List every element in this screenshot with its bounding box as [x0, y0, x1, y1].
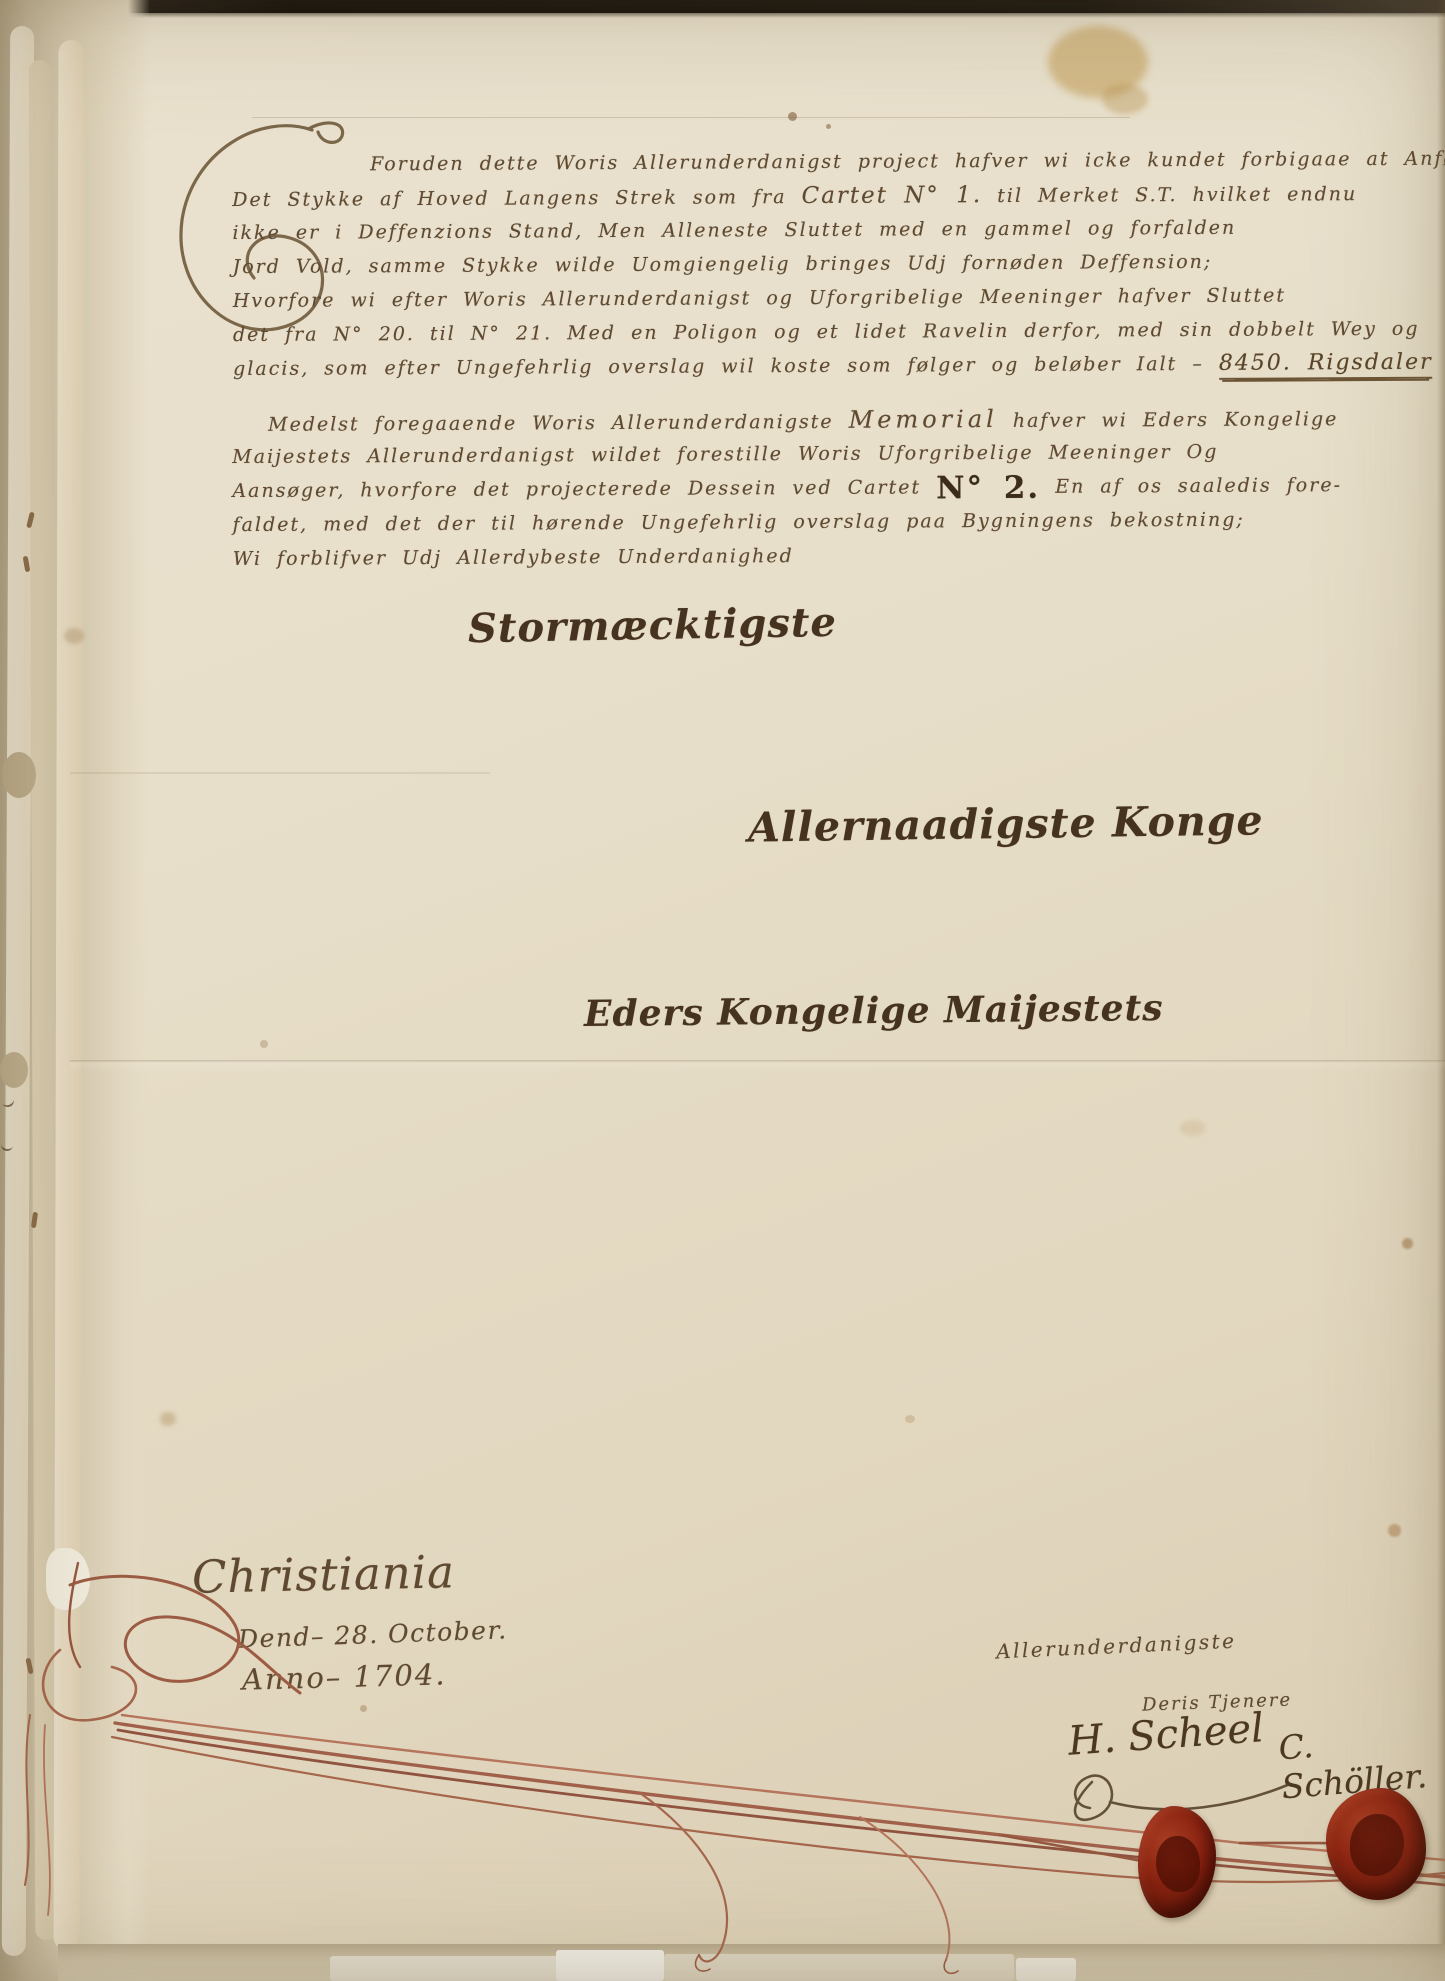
paper-stain [1180, 1120, 1206, 1136]
paper-stain [1388, 1524, 1401, 1537]
line-text: Maijestets Allerunderdanigst wildet fore… [232, 441, 1218, 468]
line-text: hafver wi Eders Kongelige [998, 408, 1339, 432]
faint-rule-line [252, 117, 1130, 118]
memorial-word: Memorial [849, 405, 998, 434]
wax-seal-impression [1156, 1836, 1200, 1892]
manuscript-line: faldet, med det der til hørende Ungefehr… [233, 504, 1343, 544]
wax-seal-impression [1350, 1814, 1404, 1876]
manuscript-line: Maijestets Allerunderdanigst wildet fore… [232, 436, 1342, 476]
manuscript-line: Wi forblifver Udj Allerdybeste Underdani… [233, 538, 1343, 578]
line-text: Foruden dette Woris Allerunderdanigst pr… [370, 147, 1445, 175]
paper-stain [64, 628, 84, 644]
line-text: Det Stykke af Hoved Langens Strek som fr… [232, 186, 801, 211]
paper-stain [1402, 1238, 1413, 1249]
line-text: Wi forblifver Udj Allerdybeste Underdani… [233, 545, 794, 570]
paper-stain [260, 1040, 268, 1048]
paper-stain [160, 1412, 176, 1426]
line-text: til Merket S.T. hvilket endnu [982, 183, 1357, 207]
amount-underlined: 8450. Rigsdaler [1219, 350, 1433, 380]
honorific-line-1: Stormæcktigste [468, 599, 838, 652]
honorific-line-2: Allernaadigste Konge [748, 796, 1264, 851]
manuscript-line: glacis, som efter Ungefehrlig overslag w… [233, 347, 1445, 388]
line-text: faldet, med det der til hørende Ungefehr… [233, 509, 1245, 536]
line-text: Hvorfore wi efter Woris Allerunderdanigs… [233, 284, 1286, 312]
manuscript-line: Medelst foregaaende Woris Allerunderdani… [268, 402, 1342, 442]
line-text: En af os saaledis fore- [1040, 474, 1342, 498]
line-text: det fra N° 20. til N° 21. Med en Poligon… [233, 318, 1420, 346]
honorific-line-3: Eders Kongelige Maijestets [584, 987, 1164, 1035]
fold-crease-highlight [70, 1063, 1445, 1072]
line-text: glacis, som efter Ungefehrlig overslag w… [233, 353, 1219, 380]
fold-crease-upper [70, 772, 490, 774]
line-text: ikke er i Deffenzions Stand, Men Allenes… [232, 217, 1236, 244]
cartet-no2-reference: N° 2. [936, 470, 1040, 507]
ink-speck [788, 112, 797, 121]
body-paragraph-1: Foruden dette Woris Allerunderdanigst pr… [232, 143, 1445, 388]
manuscript-page: Foruden dette Woris Allerunderdanigst pr… [0, 0, 1445, 1981]
ink-speck [826, 124, 831, 129]
book-top-edge-shadow [0, 13, 1445, 18]
line-text: Jord Vold, samme Stykke wilde Uomgiengel… [233, 251, 1213, 278]
edge-nick [0, 1052, 28, 1088]
manuscript-line: Foruden dette Woris Allerunderdanigst pr… [370, 143, 1445, 183]
body-paragraph-2: Medelst foregaaende Woris Allerunderdani… [232, 402, 1342, 578]
line-text: Medelst foregaaende Woris Allerunderdani… [268, 411, 849, 436]
edge-nick [2, 752, 36, 798]
binding-thread [0, 1555, 1445, 1981]
cartet-no1-reference: Cartet N° 1. [801, 182, 982, 209]
manuscript-line: Aansøger, hvorfore det projecterede Dess… [232, 470, 1342, 510]
line-text: Aansøger, hvorfore det projecterede Dess… [232, 476, 936, 502]
paper-stain [905, 1415, 915, 1423]
book-top-edge [0, 0, 1445, 13]
paper-stain [1102, 84, 1148, 114]
